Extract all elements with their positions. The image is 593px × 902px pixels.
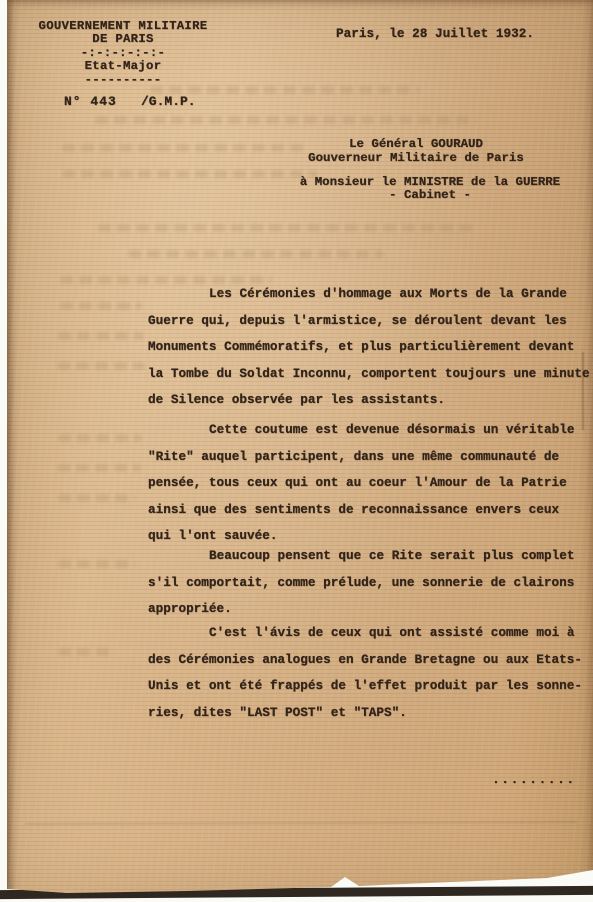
reference-number: N° 443	[64, 94, 117, 109]
body-paragraph-1: Les Cérémonies d'hommage aux Morts de la…	[148, 281, 593, 414]
bleed-through-smudge	[60, 302, 142, 310]
bleed-through-smudge	[58, 648, 116, 656]
bleed-through-smudge	[58, 434, 142, 442]
bleed-through-smudge	[98, 224, 478, 232]
bleed-through-smudge	[58, 332, 144, 340]
bleed-through-smudge	[58, 494, 136, 502]
reference-suffix: /G.M.P.	[141, 94, 196, 109]
bleed-through-smudge	[128, 250, 384, 258]
sender-block: Le Général GOURAUD Gouverneur Militaire …	[250, 138, 582, 165]
bleed-through-smudge	[150, 86, 420, 94]
ending-dots: .........	[492, 772, 576, 787]
scanned-letter-screen: GOUVERNEMENT MILITAIRE DE PARIS -:-:-:-:…	[0, 0, 593, 902]
letterhead-org-block: GOUVERNEMENT MILITAIRE DE PARIS -:-:-:-:…	[32, 20, 214, 87]
bleed-through-smudge	[57, 362, 145, 370]
recipient-block: à Monsieur le MINISTRE de la GUERRE - Ca…	[258, 176, 593, 203]
body-paragraph-3: Beaucoup pensent que ce Rite serait plus…	[148, 543, 593, 623]
body-paragraph-4: C'est l'ávis de ceux qui ont assisté com…	[148, 620, 593, 726]
bleed-through-smudge	[58, 560, 136, 568]
bleed-through-smudge	[57, 464, 141, 472]
body-paragraph-2: Cette coutume est devenue désormais un v…	[148, 417, 593, 550]
date-line: Paris, le 28 Juillet 1932.	[336, 26, 534, 41]
bleed-through-smudge	[95, 116, 477, 124]
paper-crease	[25, 821, 577, 825]
